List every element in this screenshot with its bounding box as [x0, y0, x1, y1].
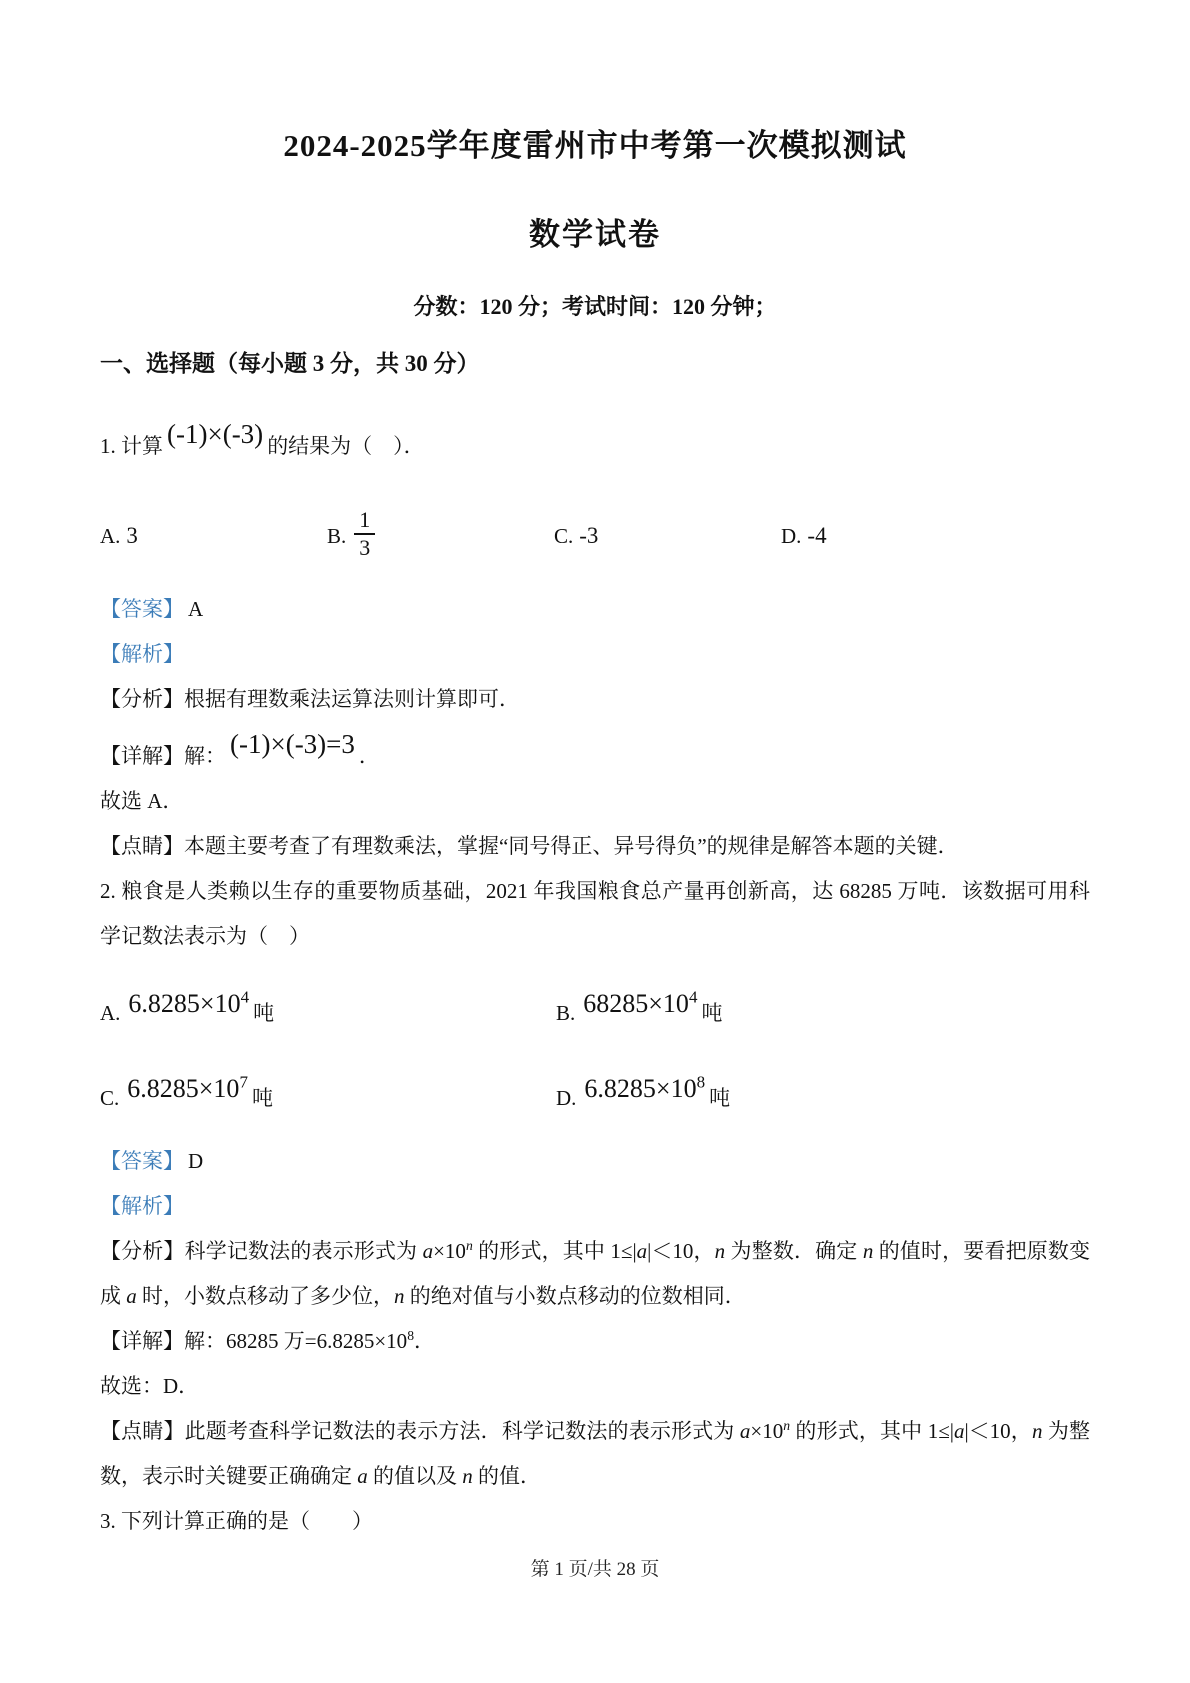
question-2-guxuan: 故选：D． — [100, 1364, 1090, 1409]
unit: 吨 — [252, 1086, 273, 1110]
jiexi-label: 【解析】 — [100, 642, 184, 666]
question-1-option-a: A.3 — [100, 511, 327, 561]
mantissa: 68285×10 — [583, 989, 689, 1018]
exam-document-page: 2024-2025学年度雷州市中考第一次模拟测试 数学试卷 分数：120 分；考… — [0, 0, 1190, 1683]
question-1-options: A.3 B.13 C.-3 D.-4 — [100, 508, 1090, 561]
question-2-text: 粮食是人类赖以生存的重要物质基础，2021 年我国粮食总产量再创新高，达 682… — [100, 879, 1090, 948]
fraction-denominator: 3 — [354, 535, 375, 560]
xiangjie-text: 解：68285 万=6.8285×108． — [184, 1329, 435, 1353]
question-3-stem: 3. 下列计算正确的是（ ） — [100, 1499, 1090, 1544]
exponent: 4 — [689, 988, 698, 1007]
answer-value: A — [188, 597, 203, 621]
dianjing-text: 本题主要考查了有理数乘法，掌握“同号得正、异号得负”的规律是解答本题的关键． — [184, 834, 959, 858]
option-label: B. — [556, 1001, 575, 1025]
dianjing-label: 【点睛】 — [100, 834, 184, 858]
question-1-xiangjie: 【详解】解：(-1)×(-3)=3． — [100, 722, 1090, 779]
scientific-notation: 6.8285×104 — [128, 989, 249, 1018]
xiangjie-label: 【详解】 — [100, 1329, 184, 1353]
fenxi-label: 【分析】 — [100, 1239, 185, 1263]
mantissa: 6.8285×10 — [128, 989, 240, 1018]
option-label: C. — [554, 524, 573, 548]
question-1-fenxi: 【分析】根据有理数乘法运算法则计算即可． — [100, 677, 1090, 722]
question-2-option-d: D.6.8285×108吨 — [556, 1058, 1012, 1129]
option-label: A. — [100, 524, 120, 548]
scientific-notation: 6.8285×108 — [584, 1074, 705, 1103]
dianjing-label: 【点睛】 — [100, 1419, 185, 1443]
question-2-options-row-2: C.6.8285×107吨 D.6.8285×108吨 — [100, 1058, 1090, 1129]
page-footer: 第 1 页/共 28 页 — [0, 1554, 1190, 1581]
unit: 吨 — [701, 1001, 722, 1025]
exam-meta: 分数：120 分；考试时间：120 分钟； — [100, 290, 1090, 321]
question-3-text: 下列计算正确的是（ ） — [121, 1509, 373, 1533]
option-value: -4 — [807, 523, 826, 548]
question-1-stem: 1. 计算(-1)×(-3)的结果为（ ）． — [100, 408, 1090, 472]
page-title: 2024-2025学年度雷州市中考第一次模拟测试 — [100, 0, 1090, 165]
mantissa: 6.8285×10 — [127, 1074, 239, 1103]
scientific-notation: 6.8285×107 — [127, 1074, 248, 1103]
exponent: 8 — [697, 1073, 706, 1092]
unit: 吨 — [253, 1001, 274, 1025]
exponent: 7 — [239, 1073, 248, 1092]
answer-value: D — [188, 1149, 203, 1173]
question-1-answer: 【答案】A — [100, 587, 1090, 632]
fenxi-text: 科学记数法的表示形式为 a×10n 的形式，其中 1≤|a|＜10，n 为整数．… — [100, 1239, 1090, 1308]
jiexi-label: 【解析】 — [100, 1194, 184, 1218]
option-label: A. — [100, 1001, 120, 1025]
question-2-number: 2. — [100, 879, 121, 903]
dianjing-text: 此题考查科学记数法的表示方法．科学记数法的表示形式为 a×10n 的形式，其中 … — [100, 1419, 1090, 1488]
question-1-text-before: 计算 — [121, 434, 163, 458]
question-2-fenxi: 【分析】科学记数法的表示形式为 a×10n 的形式，其中 1≤|a|＜10，n … — [100, 1229, 1090, 1319]
mantissa: 6.8285×10 — [584, 1074, 696, 1103]
fraction-numerator: 1 — [354, 508, 375, 535]
exponent: 4 — [241, 988, 250, 1007]
section-heading: 一、选择题（每小题 3 分，共 30 分） — [100, 345, 1090, 378]
xiangjie-prefix: 解： — [184, 744, 226, 768]
question-2-option-a: A.6.8285×104吨 — [100, 973, 556, 1044]
question-1-formula: (-1)×(-3) — [163, 419, 267, 449]
question-2-option-b: B.68285×104吨 — [556, 973, 1012, 1044]
answer-label: 【答案】 — [100, 597, 184, 621]
question-1-option-d: D.-4 — [781, 511, 1008, 561]
answer-label: 【答案】 — [100, 1149, 184, 1173]
question-1-guxuan: 故选 A． — [100, 779, 1090, 824]
option-label: D. — [556, 1086, 576, 1110]
page-subtitle: 数学试卷 — [100, 209, 1090, 254]
question-2-dianjing: 【点睛】此题考查科学记数法的表示方法．科学记数法的表示形式为 a×10n 的形式… — [100, 1409, 1090, 1499]
option-label: D. — [781, 524, 801, 548]
option-label: B. — [327, 524, 346, 548]
question-2-options-row-1: A.6.8285×104吨 B.68285×104吨 — [100, 973, 1090, 1044]
question-2-answer: 【答案】D — [100, 1139, 1090, 1184]
question-1-text-after: 的结果为（ ）． — [267, 434, 425, 458]
fenxi-label: 【分析】 — [100, 687, 184, 711]
question-2-option-c: C.6.8285×107吨 — [100, 1058, 556, 1129]
question-3-number: 3. — [100, 1509, 121, 1533]
question-1-option-b: B.13 — [327, 508, 554, 561]
option-label: C. — [100, 1086, 119, 1110]
question-2-stem: 2. 粮食是人类赖以生存的重要物质基础，2021 年我国粮食总产量再创新高，达 … — [100, 869, 1090, 959]
question-1-dianjing: 【点睛】本题主要考查了有理数乘法，掌握“同号得正、异号得负”的规律是解答本题的关… — [100, 824, 1090, 869]
xiangjie-period: ． — [359, 744, 380, 768]
unit: 吨 — [709, 1086, 730, 1110]
question-1-option-c: C.-3 — [554, 511, 781, 561]
question-1-number: 1. — [100, 434, 121, 458]
scientific-notation: 68285×104 — [583, 989, 697, 1018]
option-value: -3 — [579, 523, 598, 548]
question-2-xiangjie: 【详解】解：68285 万=6.8285×108． — [100, 1319, 1090, 1364]
xiangjie-label: 【详解】 — [100, 744, 184, 768]
question-1-jiexi-heading: 【解析】 — [100, 632, 1090, 677]
xiangjie-formula: (-1)×(-3)=3 — [226, 729, 359, 759]
question-2-jiexi-heading: 【解析】 — [100, 1184, 1090, 1229]
fraction: 13 — [354, 508, 375, 560]
fenxi-text: 根据有理数乘法运算法则计算即可． — [184, 687, 520, 711]
option-value: 3 — [126, 523, 138, 548]
